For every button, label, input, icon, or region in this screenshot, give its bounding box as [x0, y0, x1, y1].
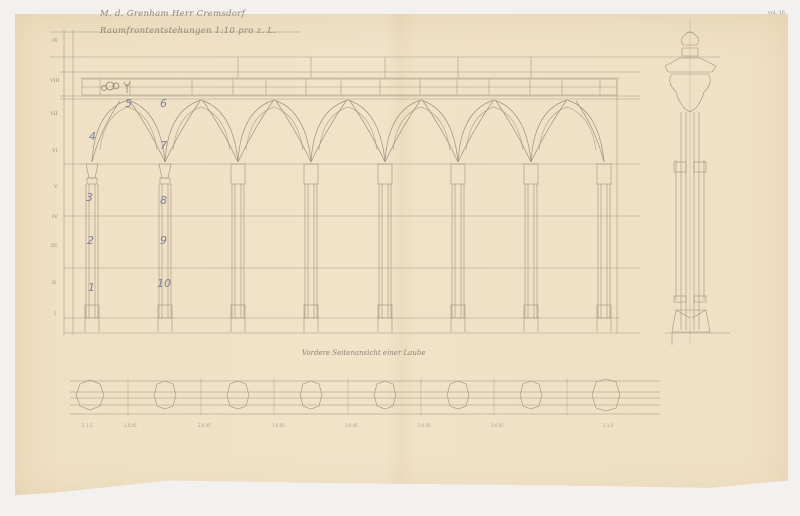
column — [231, 164, 245, 332]
column — [597, 164, 611, 332]
scale-mark: II — [52, 280, 56, 286]
arch-number: 4 — [89, 130, 96, 143]
dimension-label: 3.0.05 — [418, 423, 431, 428]
dimension-label: 3.0.05 — [124, 423, 137, 428]
architectural-drawing — [0, 0, 800, 516]
sheet-number: vol. 16 — [768, 10, 785, 16]
column — [158, 164, 172, 332]
arch-number: 9 — [160, 234, 167, 247]
arch-number: 10 — [157, 277, 171, 290]
ground-plan — [70, 378, 660, 415]
dimension-label: 3.0.05 — [345, 423, 358, 428]
arch-number: 1 — [88, 281, 95, 294]
side-section — [665, 20, 730, 345]
dimension-label: 2.1.5 — [603, 423, 613, 428]
title-line-2: Raumfrontentstehungen 1:10 pro z. L. — [100, 26, 276, 36]
scale-mark: VIII — [50, 78, 60, 84]
arch-number: 3 — [86, 191, 93, 204]
arch-number: 5 — [125, 97, 132, 110]
scale-mark: V — [54, 184, 58, 190]
arch-number: 7 — [160, 139, 167, 152]
column — [451, 164, 465, 332]
dimension-label: 2.1.5 — [82, 423, 92, 428]
dimension-label: 3.0.05 — [272, 423, 285, 428]
column — [524, 164, 538, 332]
caption: Vordere Seitenansicht einer Laube — [302, 349, 426, 357]
dimension-label: 3.0.05 — [198, 423, 211, 428]
arch-number: 6 — [160, 97, 167, 110]
scale-mark: IV — [52, 214, 58, 220]
scale-mark: I — [54, 311, 56, 317]
scale-mark: VI — [52, 148, 58, 154]
dimension-label: 3.0.05 — [491, 423, 504, 428]
arch-number: 2 — [87, 234, 94, 247]
title-line-1: M. d. Grenham Herr Cremsdorf — [100, 9, 245, 19]
column — [378, 164, 392, 332]
arch-number: 8 — [160, 194, 167, 207]
scale-mark: IX — [52, 38, 58, 44]
column — [85, 164, 99, 332]
column — [304, 164, 318, 332]
scale-mark: III — [51, 243, 57, 249]
scale-mark: VII — [50, 111, 58, 117]
